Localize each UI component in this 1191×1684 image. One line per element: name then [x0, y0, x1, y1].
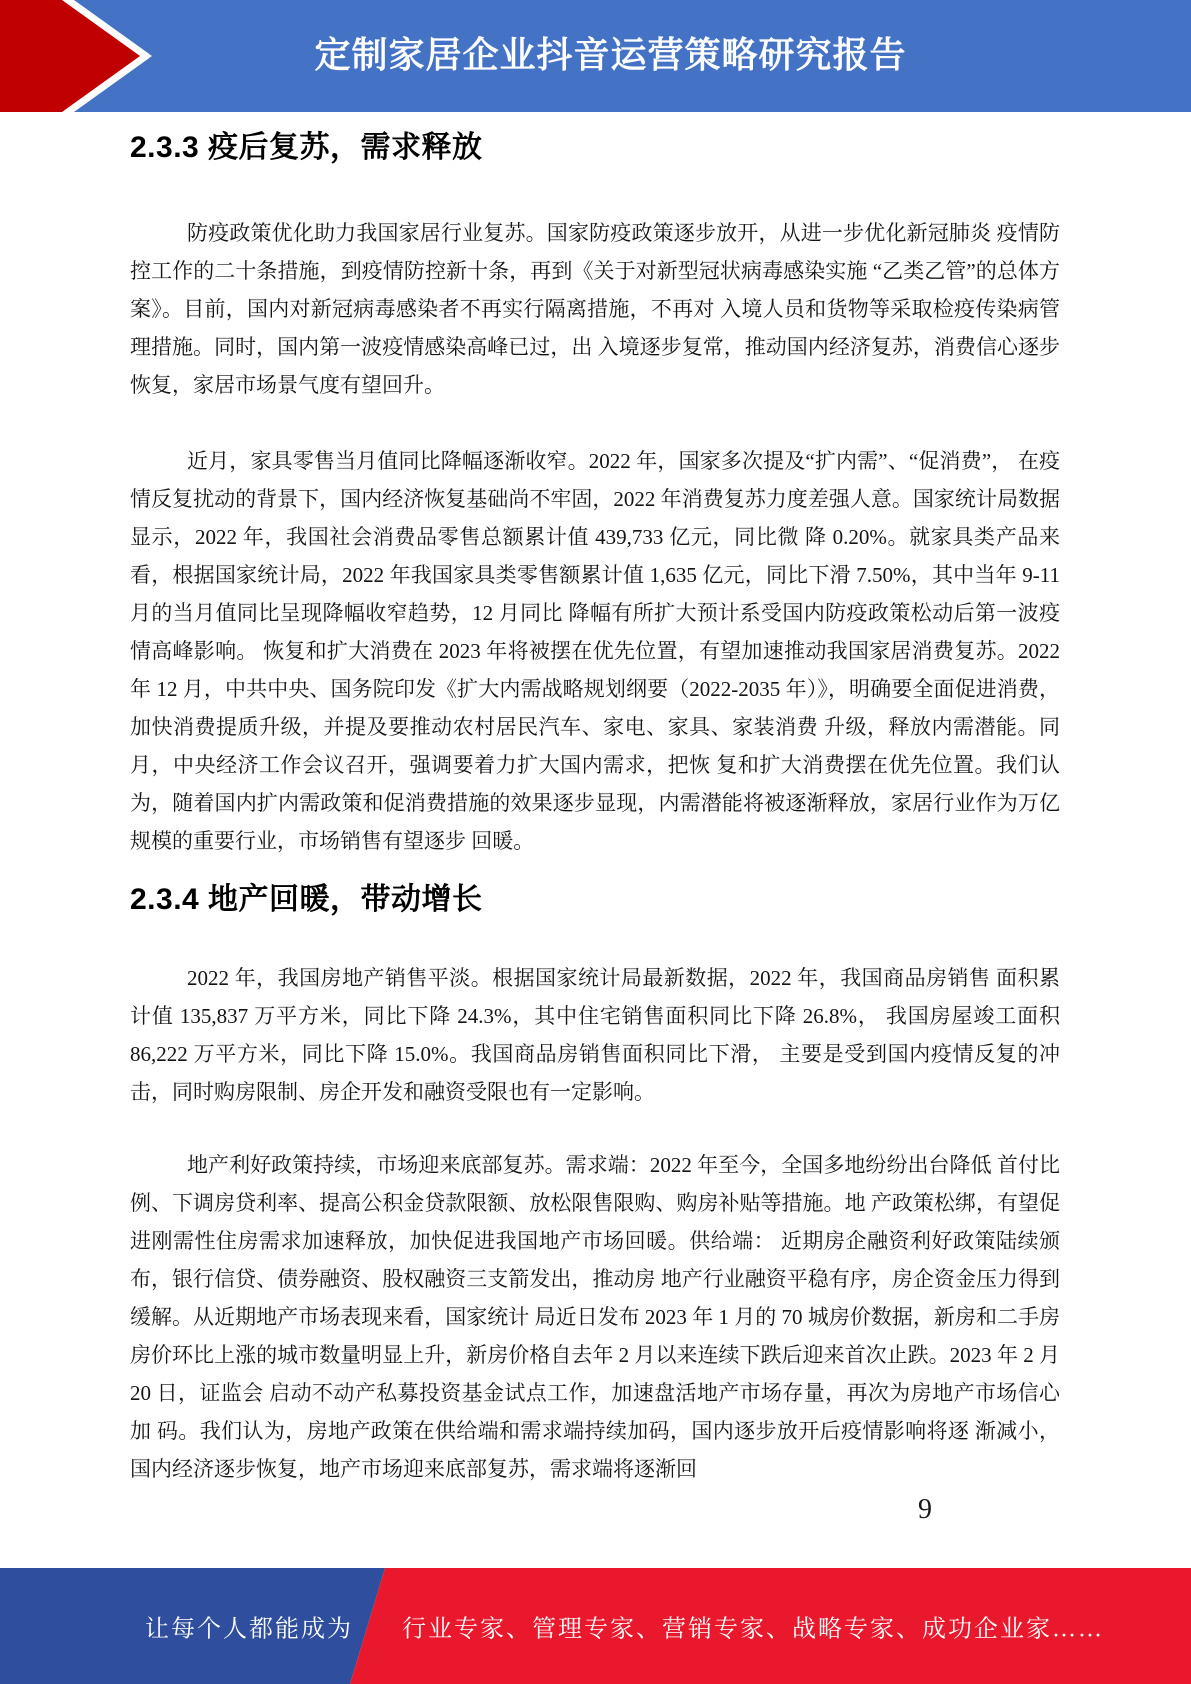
- report-page: 定制家居企业抖音运营策略研究报告 2.3.3 疫后复苏，需求释放 防疫政策优化助…: [0, 0, 1191, 1684]
- footer-slogan-right: 行业专家、管理专家、营销专家、战略专家、成功企业家……: [402, 1609, 1104, 1644]
- paragraph: 2022 年，我国房地产销售平淡。根据国家统计局最新数据，2022 年，我国商品…: [130, 959, 1060, 1111]
- paragraph: 近月，家具零售当月值同比降幅逐渐收窄。2022 年，国家多次提及“扩内需”、“促…: [130, 442, 1060, 860]
- footer-slogan-left: 让每个人都能成为: [145, 1609, 353, 1644]
- section-2-3-3: 2.3.3 疫后复苏，需求释放 防疫政策优化助力我国家居行业复苏。国家防疫政策逐…: [130, 132, 1060, 860]
- paragraph: 防疫政策优化助力我国家居行业复苏。国家防疫政策逐步放开，从进一步优化新冠肺炎 疫…: [130, 214, 1060, 404]
- page-footer: 让每个人都能成为 行业专家、管理专家、营销专家、战略专家、成功企业家……: [0, 1568, 1191, 1684]
- section-heading-2-3-4: 2.3.4 地产回暖，带动增长: [130, 884, 1060, 916]
- report-title: 定制家居企业抖音运营策略研究报告: [0, 0, 1191, 104]
- paragraph: 地产利好政策持续，市场迎来底部复苏。需求端：2022 年至今，全国多地纷纷出台降…: [130, 1146, 1060, 1488]
- section-heading-2-3-3: 2.3.3 疫后复苏，需求释放: [130, 132, 1060, 164]
- page-header: 定制家居企业抖音运营策略研究报告: [0, 0, 1191, 112]
- page-number: 9: [130, 1492, 1060, 1528]
- section-2-3-4: 2.3.4 地产回暖，带动增长 2022 年，我国房地产销售平淡。根据国家统计局…: [130, 884, 1060, 1488]
- document-body: 2.3.3 疫后复苏，需求释放 防疫政策优化助力我国家居行业复苏。国家防疫政策逐…: [0, 132, 1191, 1528]
